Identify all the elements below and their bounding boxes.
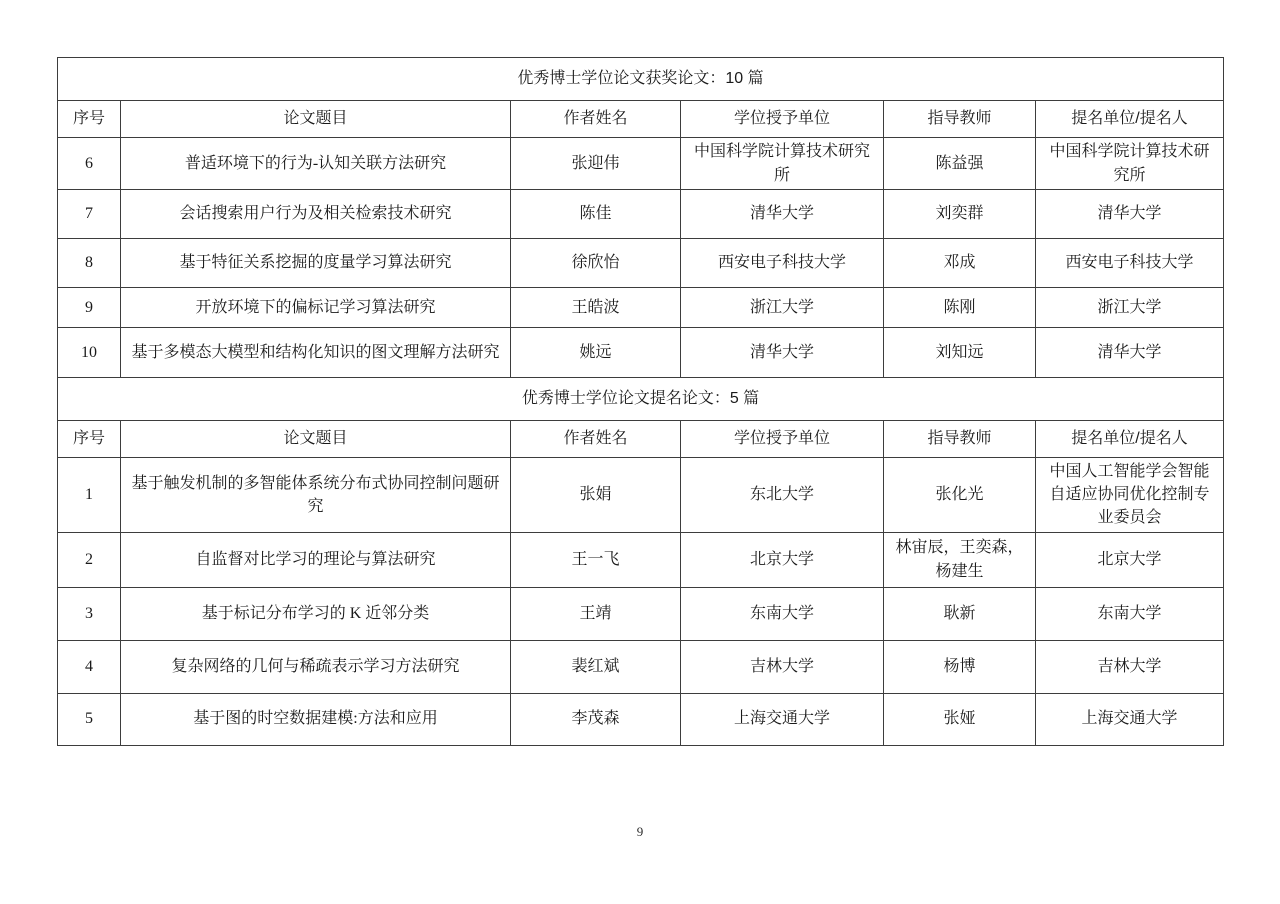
section-title: 优秀博士学位论文提名论文：5 篇: [58, 378, 1224, 421]
advisor-cell: 刘奕群: [884, 190, 1036, 239]
column-header: 提名单位/提名人: [1036, 101, 1224, 138]
university-cell: 浙江大学: [681, 288, 884, 328]
university-cell: 吉林大学: [681, 640, 884, 693]
author-cell: 张娟: [511, 458, 681, 533]
thesis-title-cell: 基于触发机制的多智能体系统分布式协同控制问题研究: [121, 458, 511, 533]
table-row: 2自监督对比学习的理论与算法研究王一飞北京大学林宙辰，王奕森，杨建生北京大学: [58, 532, 1224, 587]
advisor-cell: 陈益强: [884, 138, 1036, 190]
column-header: 论文题目: [121, 421, 511, 458]
nominator-cell: 清华大学: [1036, 190, 1224, 239]
section-title-row: 优秀博士学位论文提名论文：5 篇: [58, 378, 1224, 421]
thesis-title-cell: 基于标记分布学习的 K 近邻分类: [121, 587, 511, 640]
dissertation-awards-table: 优秀博士学位论文获奖论文：10 篇序号论文题目作者姓名学位授予单位指导教师提名单…: [57, 57, 1224, 746]
thesis-no-cell: 8: [58, 239, 121, 288]
column-header: 指导教师: [884, 101, 1036, 138]
column-header-row: 序号论文题目作者姓名学位授予单位指导教师提名单位/提名人: [58, 421, 1224, 458]
author-cell: 王靖: [511, 587, 681, 640]
table-row: 5基于图的时空数据建模:方法和应用李茂森上海交通大学张娅上海交通大学: [58, 693, 1224, 745]
advisor-cell: 林宙辰，王奕森，杨建生: [884, 532, 1036, 587]
university-cell: 东北大学: [681, 458, 884, 533]
column-header: 学位授予单位: [681, 101, 884, 138]
section-title: 优秀博士学位论文获奖论文：10 篇: [58, 58, 1224, 101]
nominator-cell: 中国人工智能学会智能自适应协同优化控制专业委员会: [1036, 458, 1224, 533]
nominator-cell: 上海交通大学: [1036, 693, 1224, 745]
nominator-cell: 吉林大学: [1036, 640, 1224, 693]
section-title-row: 优秀博士学位论文获奖论文：10 篇: [58, 58, 1224, 101]
author-cell: 姚远: [511, 328, 681, 378]
thesis-no-cell: 5: [58, 693, 121, 745]
university-cell: 中国科学院计算技术研究所: [681, 138, 884, 190]
column-header-row: 序号论文题目作者姓名学位授予单位指导教师提名单位/提名人: [58, 101, 1224, 138]
thesis-title-cell: 基于特征关系挖掘的度量学习算法研究: [121, 239, 511, 288]
table-row: 8基于特征关系挖掘的度量学习算法研究徐欣怡西安电子科技大学邓成西安电子科技大学: [58, 239, 1224, 288]
document-page: 优秀博士学位论文获奖论文：10 篇序号论文题目作者姓名学位授予单位指导教师提名单…: [0, 0, 1280, 904]
nominator-cell: 中国科学院计算技术研究所: [1036, 138, 1224, 190]
column-header: 指导教师: [884, 421, 1036, 458]
column-header: 作者姓名: [511, 421, 681, 458]
thesis-title-cell: 开放环境下的偏标记学习算法研究: [121, 288, 511, 328]
advisor-cell: 张娅: [884, 693, 1036, 745]
thesis-title-cell: 普适环境下的行为-认知关联方法研究: [121, 138, 511, 190]
table-row: 9开放环境下的偏标记学习算法研究王皓波浙江大学陈刚浙江大学: [58, 288, 1224, 328]
advisor-cell: 张化光: [884, 458, 1036, 533]
column-header: 提名单位/提名人: [1036, 421, 1224, 458]
advisor-cell: 耿新: [884, 587, 1036, 640]
nominator-cell: 北京大学: [1036, 532, 1224, 587]
nominator-cell: 西安电子科技大学: [1036, 239, 1224, 288]
table-row: 1基于触发机制的多智能体系统分布式协同控制问题研究张娟东北大学张化光中国人工智能…: [58, 458, 1224, 533]
thesis-no-cell: 2: [58, 532, 121, 587]
thesis-no-cell: 4: [58, 640, 121, 693]
table-row: 10基于多模态大模型和结构化知识的图文理解方法研究姚远清华大学刘知远清华大学: [58, 328, 1224, 378]
table-row: 4复杂网络的几何与稀疏表示学习方法研究裴红斌吉林大学杨博吉林大学: [58, 640, 1224, 693]
thesis-title-cell: 会话搜索用户行为及相关检索技术研究: [121, 190, 511, 239]
column-header: 学位授予单位: [681, 421, 884, 458]
thesis-no-cell: 1: [58, 458, 121, 533]
university-cell: 上海交通大学: [681, 693, 884, 745]
thesis-title-cell: 自监督对比学习的理论与算法研究: [121, 532, 511, 587]
author-cell: 徐欣怡: [511, 239, 681, 288]
table-row: 3基于标记分布学习的 K 近邻分类王靖东南大学耿新东南大学: [58, 587, 1224, 640]
thesis-no-cell: 6: [58, 138, 121, 190]
thesis-no-cell: 7: [58, 190, 121, 239]
author-cell: 王一飞: [511, 532, 681, 587]
author-cell: 陈佳: [511, 190, 681, 239]
thesis-no-cell: 9: [58, 288, 121, 328]
column-header: 论文题目: [121, 101, 511, 138]
nominator-cell: 清华大学: [1036, 328, 1224, 378]
university-cell: 清华大学: [681, 190, 884, 239]
thesis-title-cell: 复杂网络的几何与稀疏表示学习方法研究: [121, 640, 511, 693]
advisor-cell: 刘知远: [884, 328, 1036, 378]
nominator-cell: 东南大学: [1036, 587, 1224, 640]
university-cell: 西安电子科技大学: [681, 239, 884, 288]
table-row: 6普适环境下的行为-认知关联方法研究张迎伟中国科学院计算技术研究所陈益强中国科学…: [58, 138, 1224, 190]
advisor-cell: 邓成: [884, 239, 1036, 288]
page-number: 9: [0, 824, 1280, 840]
table-row: 7会话搜索用户行为及相关检索技术研究陈佳清华大学刘奕群清华大学: [58, 190, 1224, 239]
column-header: 序号: [58, 421, 121, 458]
column-header: 序号: [58, 101, 121, 138]
nominator-cell: 浙江大学: [1036, 288, 1224, 328]
university-cell: 东南大学: [681, 587, 884, 640]
thesis-title-cell: 基于多模态大模型和结构化知识的图文理解方法研究: [121, 328, 511, 378]
thesis-title-cell: 基于图的时空数据建模:方法和应用: [121, 693, 511, 745]
column-header: 作者姓名: [511, 101, 681, 138]
author-cell: 李茂森: [511, 693, 681, 745]
university-cell: 北京大学: [681, 532, 884, 587]
thesis-no-cell: 10: [58, 328, 121, 378]
author-cell: 张迎伟: [511, 138, 681, 190]
author-cell: 王皓波: [511, 288, 681, 328]
thesis-no-cell: 3: [58, 587, 121, 640]
university-cell: 清华大学: [681, 328, 884, 378]
advisor-cell: 杨博: [884, 640, 1036, 693]
advisor-cell: 陈刚: [884, 288, 1036, 328]
author-cell: 裴红斌: [511, 640, 681, 693]
